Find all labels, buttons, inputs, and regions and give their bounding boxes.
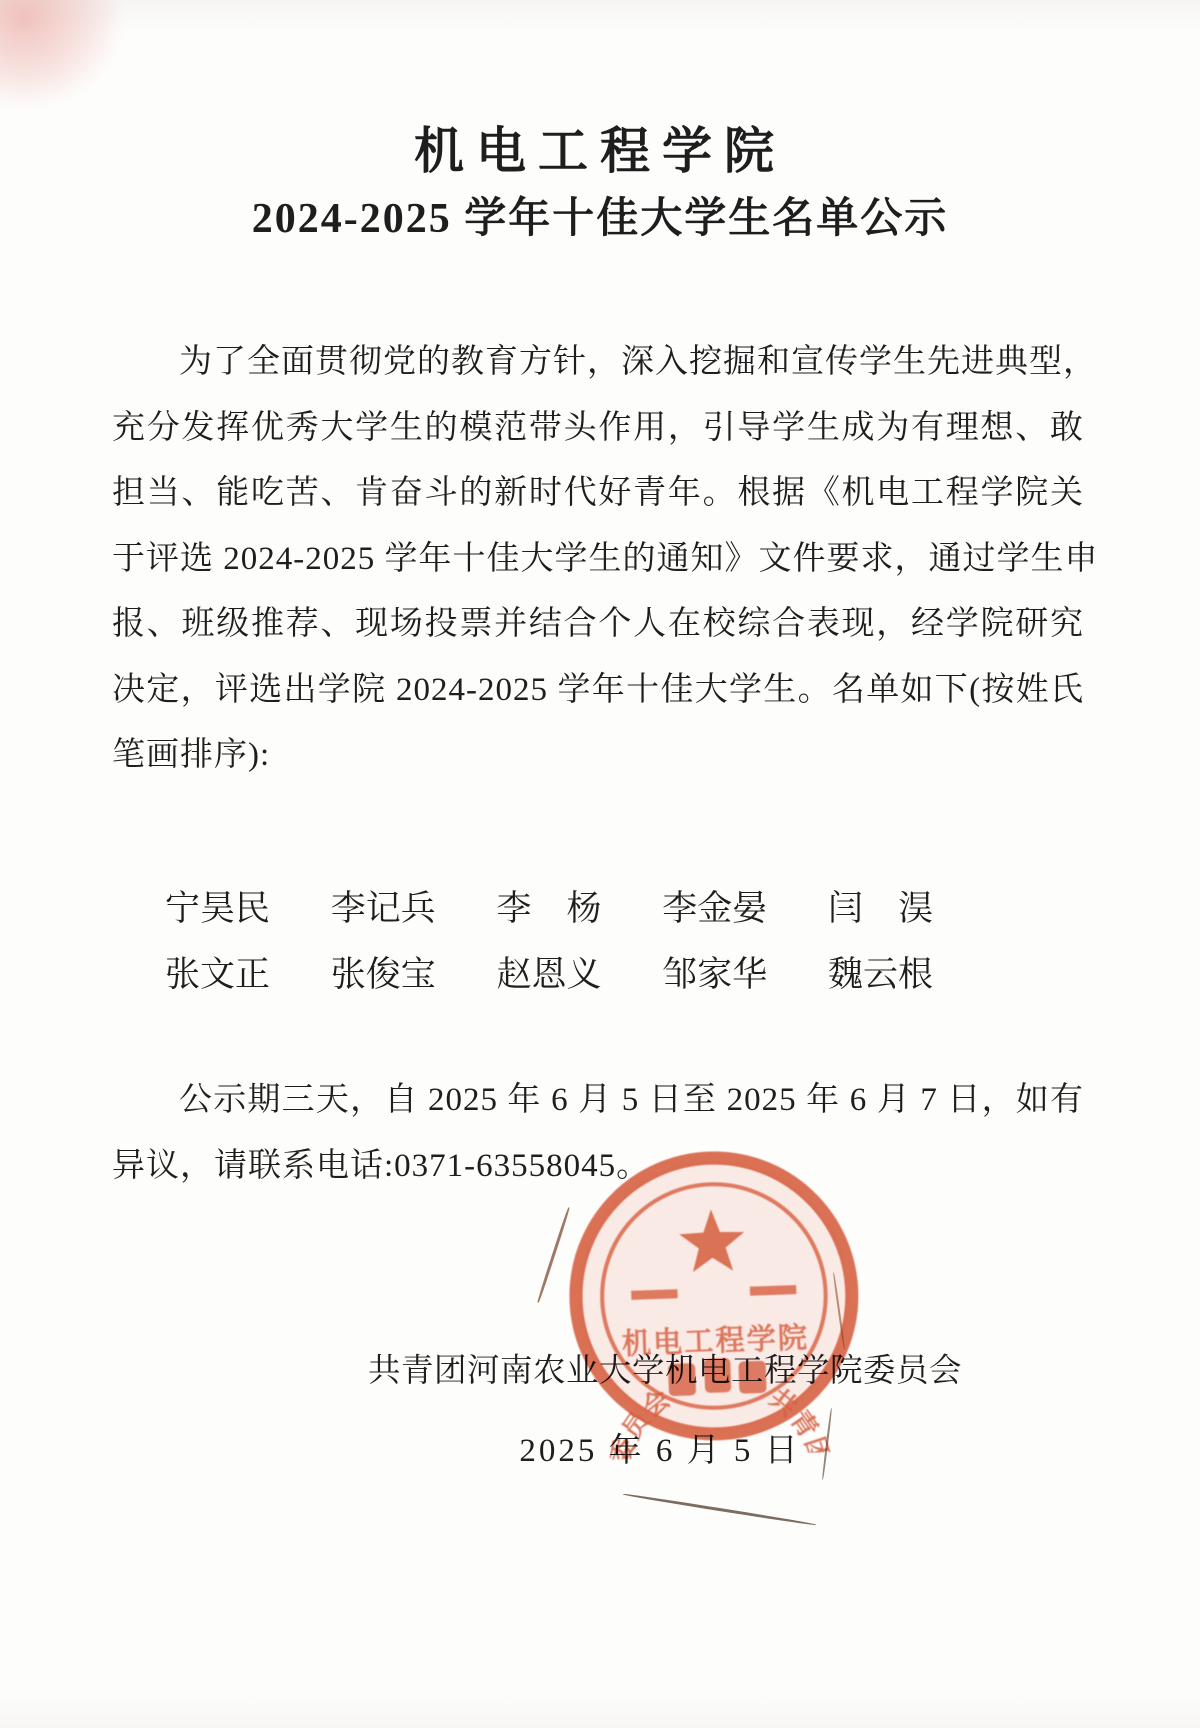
body-paragraph: 为了全面贯彻党的教育方针，深入挖掘和宣传学生先进典型， 充分发挥优秀大学生的模范… [112, 330, 1084, 789]
awardee-name: 魏云根 [828, 942, 933, 1008]
body-line: 担当、能吃苦、肯奋斗的新时代好青年。根据《机电工程学院关 [112, 461, 1084, 527]
document-title: 机电工程学院 [0, 118, 1200, 184]
awardee-name: 赵恩义 [496, 942, 601, 1008]
seal-band-right [750, 1285, 797, 1296]
seal-bottom-mark [704, 1358, 731, 1393]
scan-crease-artifact [623, 1493, 816, 1526]
names-row-1: 宁昊民 李记兵 李 杨 李金晏 闫 淏 [165, 876, 933, 942]
body-line: 决定，评选出学院 2024-2025 学年十佳大学生。名单如下(按姓氏 [112, 658, 1084, 724]
awardee-name: 李金晏 [662, 876, 767, 942]
document-subtitle: 2024-2025 学年十佳大学生名单公示 [0, 188, 1200, 250]
names-row-2: 张文正 张俊宝 赵恩义 邹家华 魏云根 [165, 942, 933, 1008]
seal-graphic: 共青团河南农业大学机电工程学院委员会 机电工程学院 [558, 1137, 871, 1461]
body-line: 充分发挥优秀大学生的模范带头作用，引导学生成为有理想、敢 [112, 396, 1084, 462]
seal-bottom-mark [668, 1363, 696, 1396]
awardee-name: 邹家华 [662, 942, 767, 1008]
awardee-names-list: 宁昊民 李记兵 李 杨 李金晏 闫 淏 张文正 张俊宝 赵恩义 邹家华 魏云根 [165, 876, 933, 1008]
awardee-name: 张文正 [165, 942, 270, 1008]
notice-line: 公示期三天，自 2025 年 6 月 5 日至 2025 年 6 月 7 日，如… [112, 1068, 1084, 1134]
awardee-name: 张俊宝 [331, 942, 436, 1008]
seal-bottom-mark [738, 1361, 766, 1394]
body-line: 报、班级推荐、现场投票并结合个人在校综合表现，经学院研究 [112, 592, 1084, 658]
awardee-name: 宁昊民 [165, 876, 270, 942]
seal-band-left [631, 1289, 678, 1300]
body-line: 为了全面贯彻党的教育方针，深入挖掘和宣传学生先进典型， [112, 330, 1084, 396]
awardee-name: 李记兵 [331, 876, 436, 942]
body-line: 于评选 2024-2025 学年十佳大学生的通知》文件要求，通过学生申 [112, 527, 1084, 593]
scan-smudge-artifact [0, 0, 122, 107]
awardee-name: 李 杨 [496, 876, 601, 942]
seal-center-text: 机电工程学院 [621, 1321, 809, 1361]
announcement-document: 机电工程学院 2024-2025 学年十佳大学生名单公示 为了全面贯彻党的教育方… [0, 0, 1200, 1728]
body-line: 笔画排序): [112, 723, 1084, 789]
awardee-name: 闫 淏 [828, 876, 933, 942]
title-block: 机电工程学院 2024-2025 学年十佳大学生名单公示 [0, 118, 1200, 250]
official-red-seal: 共青团河南农业大学机电工程学院委员会 机电工程学院 [558, 1137, 871, 1461]
